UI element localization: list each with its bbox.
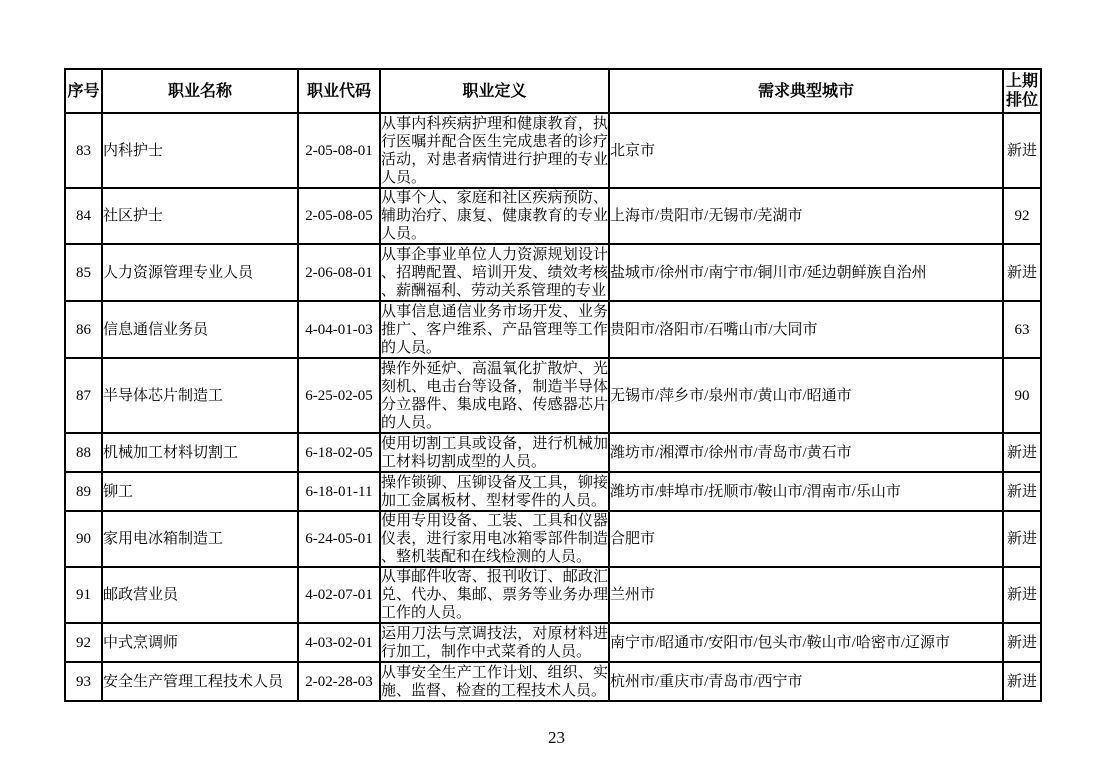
occupation-definition-cell: 使用切割工具或设备，进行机械加工材料切割成型的人员。 <box>380 433 609 472</box>
table-header-row: 序号 职业名称 职业代码 职业定义 需求典型城市 上期排位 <box>65 69 1041 113</box>
previous-rank-cell: 63 <box>1003 301 1041 358</box>
occupation-code-cell: 2-06-08-01 <box>298 244 380 301</box>
serial-number-cell: 93 <box>65 662 102 701</box>
previous-rank-cell: 92 <box>1003 188 1041 244</box>
demand-cities-cell: 杭州市/重庆市/青岛市/西宁市 <box>609 662 1003 701</box>
previous-rank-cell: 新进 <box>1003 244 1041 301</box>
serial-number-cell: 88 <box>65 433 102 472</box>
occupation-name-cell: 机械加工材料切割工 <box>102 433 298 472</box>
header-occupation-name: 职业名称 <box>102 69 298 113</box>
occupation-name-cell: 内科护士 <box>102 113 298 188</box>
demand-cities-cell: 上海市/贵阳市/无锡市/芜湖市 <box>609 188 1003 244</box>
previous-rank-cell: 新进 <box>1003 623 1041 662</box>
occupation-code-cell: 6-18-02-05 <box>298 433 380 472</box>
demand-cities-cell: 兰州市 <box>609 567 1003 623</box>
table-row: 83 内科护士 2-05-08-01 从事内科疾病护理和健康教育，执行医嘱并配合… <box>65 113 1041 188</box>
occupation-name-cell: 社区护士 <box>102 188 298 244</box>
demand-cities-cell: 无锡市/萍乡市/泉州市/黄山市/昭通市 <box>609 358 1003 433</box>
table-row: 90 家用电冰箱制造工 6-24-05-01 使用专用设备、工装、工具和仪器仪表… <box>65 511 1041 567</box>
table-row: 93 安全生产管理工程技术人员 2-02-28-03 从事安全生产工作计划、组织… <box>65 662 1041 701</box>
occupation-name-cell: 半导体芯片制造工 <box>102 358 298 433</box>
table-row: 84 社区护士 2-05-08-05 从事个人、家庭和社区疾病预防、辅助治疗、康… <box>65 188 1041 244</box>
serial-number-cell: 84 <box>65 188 102 244</box>
occupation-name-cell: 人力资源管理专业人员 <box>102 244 298 301</box>
occupation-code-cell: 4-04-01-03 <box>298 301 380 358</box>
serial-number-cell: 86 <box>65 301 102 358</box>
occupation-code-cell: 4-03-02-01 <box>298 623 380 662</box>
occupation-code-cell: 6-18-01-11 <box>298 472 380 511</box>
serial-number-cell: 85 <box>65 244 102 301</box>
previous-rank-cell: 90 <box>1003 358 1041 433</box>
serial-number-cell: 90 <box>65 511 102 567</box>
serial-number-cell: 92 <box>65 623 102 662</box>
occupation-name-cell: 安全生产管理工程技术人员 <box>102 662 298 701</box>
serial-number-cell: 87 <box>65 358 102 433</box>
table-row: 91 邮政营业员 4-02-07-01 从事邮件收寄、报刊收订、邮政汇兑、代办、… <box>65 567 1041 623</box>
header-demand-cities: 需求典型城市 <box>609 69 1003 113</box>
table-row: 85 人力资源管理专业人员 2-06-08-01 从事企事业单位人力资源规划设计… <box>65 244 1041 301</box>
demand-cities-cell: 贵阳市/洛阳市/石嘴山市/大同市 <box>609 301 1003 358</box>
occupation-code-cell: 4-02-07-01 <box>298 567 380 623</box>
occupation-ranking-table: 序号 职业名称 职业代码 职业定义 需求典型城市 上期排位 83 内科护士 2-… <box>64 68 1042 702</box>
occupation-definition-cell: 从事安全生产工作计划、组织、实施、监督、检查的工程技术人员。 <box>380 662 609 701</box>
header-serial-number: 序号 <box>65 69 102 113</box>
previous-rank-cell: 新进 <box>1003 472 1041 511</box>
previous-rank-cell: 新进 <box>1003 662 1041 701</box>
table-row: 92 中式烹调师 4-03-02-01 运用刀法与烹调技法，对原材料进行加工，制… <box>65 623 1041 662</box>
occupation-code-cell: 6-25-02-05 <box>298 358 380 433</box>
previous-rank-cell: 新进 <box>1003 567 1041 623</box>
demand-cities-cell: 潍坊市/湘潭市/徐州市/青岛市/黄石市 <box>609 433 1003 472</box>
demand-cities-cell: 南宁市/昭通市/安阳市/包头市/鞍山市/哈密市/辽源市 <box>609 623 1003 662</box>
occupation-code-cell: 2-02-28-03 <box>298 662 380 701</box>
occupation-definition-cell: 使用专用设备、工装、工具和仪器仪表，进行家用电冰箱零部件制造、整机装配和在线检测… <box>380 511 609 567</box>
occupation-name-cell: 邮政营业员 <box>102 567 298 623</box>
header-previous-rank: 上期排位 <box>1003 69 1041 113</box>
occupation-name-cell: 中式烹调师 <box>102 623 298 662</box>
previous-rank-cell: 新进 <box>1003 511 1041 567</box>
demand-cities-cell: 合肥市 <box>609 511 1003 567</box>
occupation-code-cell: 2-05-08-01 <box>298 113 380 188</box>
serial-number-cell: 91 <box>65 567 102 623</box>
previous-rank-cell: 新进 <box>1003 433 1041 472</box>
table-row: 88 机械加工材料切割工 6-18-02-05 使用切割工具或设备，进行机械加工… <box>65 433 1041 472</box>
table-row: 89 铆工 6-18-01-11 操作锁铆、压铆设备及工具，铆接加工金属板材、型… <box>65 472 1041 511</box>
occupation-definition-cell: 运用刀法与烹调技法，对原材料进行加工，制作中式菜肴的人员。 <box>380 623 609 662</box>
occupation-definition-cell: 从事邮件收寄、报刊收订、邮政汇兑、代办、集邮、票务等业务办理工作的人员。 <box>380 567 609 623</box>
header-occupation-definition: 职业定义 <box>380 69 609 113</box>
document-page: { "page_number": "23", "table": { "heade… <box>0 0 1113 780</box>
demand-cities-cell: 北京市 <box>609 113 1003 188</box>
occupation-definition-cell: 从事信息通信业务市场开发、业务推广、客户维系、产品管理等工作的人员。 <box>380 301 609 358</box>
occupation-definition-cell: 从事内科疾病护理和健康教育，执行医嘱并配合医生完成患者的诊疗活动，对患者病情进行… <box>380 113 609 188</box>
header-occupation-code: 职业代码 <box>298 69 380 113</box>
demand-cities-cell: 潍坊市/蚌埠市/抚顺市/鞍山市/渭南市/乐山市 <box>609 472 1003 511</box>
occupation-definition-cell: 操作锁铆、压铆设备及工具，铆接加工金属板材、型材零件的人员。 <box>380 472 609 511</box>
previous-rank-cell: 新进 <box>1003 113 1041 188</box>
occupation-definition-cell: 操作外延炉、高温氧化扩散炉、光刻机、电击台等设备，制造半导体分立器件、集成电路、… <box>380 358 609 433</box>
demand-cities-cell: 盐城市/徐州市/南宁市/铜川市/延边朝鲜族自治州 <box>609 244 1003 301</box>
occupation-definition-cell: 从事企事业单位人力资源规划设计、招聘配置、培训开发、绩效考核、薪酬福利、劳动关系… <box>380 244 609 301</box>
occupation-name-cell: 铆工 <box>102 472 298 511</box>
occupation-code-cell: 6-24-05-01 <box>298 511 380 567</box>
table-body: 83 内科护士 2-05-08-01 从事内科疾病护理和健康教育，执行医嘱并配合… <box>65 113 1041 701</box>
occupation-definition-cell: 从事个人、家庭和社区疾病预防、辅助治疗、康复、健康教育的专业人员。 <box>380 188 609 244</box>
occupation-code-cell: 2-05-08-05 <box>298 188 380 244</box>
page-number: 23 <box>0 728 1113 748</box>
table-row: 86 信息通信业务员 4-04-01-03 从事信息通信业务市场开发、业务推广、… <box>65 301 1041 358</box>
serial-number-cell: 83 <box>65 113 102 188</box>
serial-number-cell: 89 <box>65 472 102 511</box>
table-row: 87 半导体芯片制造工 6-25-02-05 操作外延炉、高温氧化扩散炉、光刻机… <box>65 358 1041 433</box>
occupation-name-cell: 信息通信业务员 <box>102 301 298 358</box>
occupation-name-cell: 家用电冰箱制造工 <box>102 511 298 567</box>
